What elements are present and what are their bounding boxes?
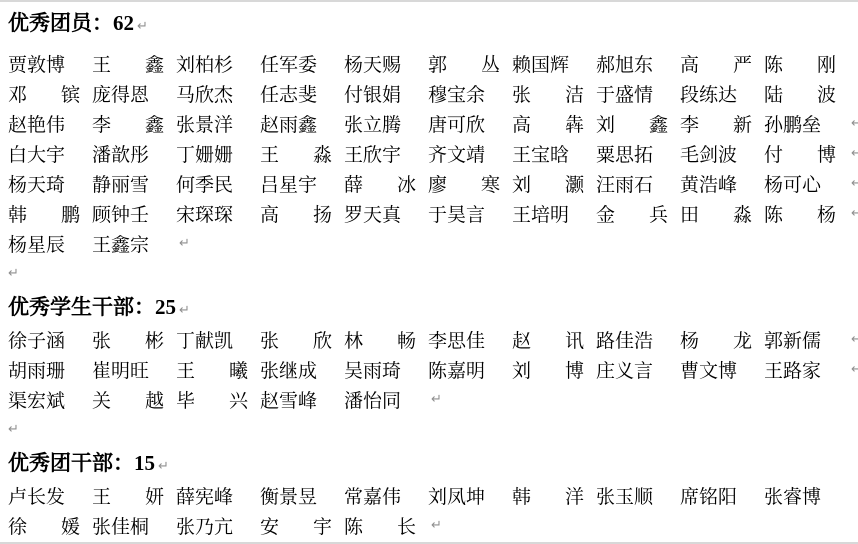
person-name: 顾钟壬 — [92, 200, 164, 227]
person-name: 张玉顺 — [596, 482, 668, 509]
person-name-char: 讯 — [565, 326, 584, 353]
person-name: 韩洋 — [512, 482, 584, 509]
person-name: 渠宏斌 — [8, 386, 80, 413]
person-name: 关越 — [92, 386, 164, 413]
person-name-char: 鹏 — [61, 200, 80, 227]
person-name: 王妍 — [92, 482, 164, 509]
person-name: 刘鑫 — [596, 110, 668, 137]
person-name: 孙鹏垒 — [764, 110, 836, 137]
person-name: 张立腾 — [344, 110, 416, 137]
person-name-char: 冰 — [397, 170, 416, 197]
person-name-char: 兴 — [229, 386, 248, 413]
person-name-char: 鑫 — [145, 110, 164, 137]
section-outstanding-league-cadres: 优秀团干部：15↵ 卢长发王妍薛宪峰衡景昱常嘉伟刘凤坤韩洋张玉顺席铭阳张睿博徐媛… — [8, 444, 850, 540]
person-name-char: 陈 — [764, 50, 783, 77]
person-name: 邓镔 — [8, 80, 80, 107]
paragraph-mark-icon: ↵ — [431, 518, 442, 533]
person-name: 杨星辰 — [8, 230, 80, 257]
person-name-char: 金 — [596, 200, 615, 227]
paragraph-mark-icon: ↵ — [137, 19, 148, 34]
name-row: 白大宇潘歆彤丁姗姗王淼王欣宇齐文靖王宝晗粟思拓毛剑波付博↵ — [8, 138, 850, 168]
person-name-char: 张 — [512, 80, 531, 107]
person-name: 薛冰 — [344, 170, 416, 197]
person-name: 王培明 — [512, 200, 584, 227]
person-name: 张彬 — [92, 326, 164, 353]
person-name-char: 廖 — [428, 170, 447, 197]
name-row: 杨天琦静丽雪何季民吕星宇薛冰廖寒刘灏汪雨石黄浩峰杨可心↵ — [8, 168, 850, 198]
person-name: 宋琛琛 — [176, 200, 248, 227]
section-title-text: 优秀学生干部：25 — [8, 295, 176, 319]
person-name: 金兵 — [596, 200, 668, 227]
person-name-char: 博 — [565, 356, 584, 383]
person-name-char: 高 — [512, 110, 531, 137]
person-name-char: 王 — [92, 50, 111, 77]
person-name: 赖国辉 — [512, 50, 584, 77]
person-name: 杨天赐 — [344, 50, 416, 77]
person-name-char: 张 — [260, 326, 279, 353]
person-name: 曹文博 — [680, 356, 752, 383]
person-name: 贾敦博 — [8, 50, 80, 77]
person-name-char: 新 — [733, 110, 752, 137]
person-name: 张景洋 — [176, 110, 248, 137]
person-name: 杨天琦 — [8, 170, 80, 197]
person-name: 席铭阳 — [680, 482, 752, 509]
paragraph-mark-icon: ↵ — [158, 459, 169, 474]
person-name-char: 长 — [397, 512, 416, 539]
paragraph-mark-icon: ↵ — [851, 176, 858, 191]
person-name-char: 鑫 — [145, 50, 164, 77]
person-name: 崔明旺 — [92, 356, 164, 383]
person-name: 粟思拓 — [596, 140, 668, 167]
person-name: 王曦 — [176, 356, 248, 383]
person-name-char: 妍 — [145, 482, 164, 509]
person-name-char: 邓 — [8, 80, 27, 107]
person-name: 庄义言 — [596, 356, 668, 383]
person-name: 毛剑波 — [680, 140, 752, 167]
person-name-char: 淼 — [733, 200, 752, 227]
person-name-char: 刘 — [512, 170, 531, 197]
person-name: 赵雪峰 — [260, 386, 332, 413]
person-name: 王路家 — [764, 356, 836, 383]
person-name: 罗天真 — [344, 200, 416, 227]
person-name: 何季民 — [176, 170, 248, 197]
person-name-char: 陈 — [764, 200, 783, 227]
person-name: 汪雨石 — [596, 170, 668, 197]
person-name-char: 高 — [680, 50, 699, 77]
paragraph-mark-icon: ↵ — [179, 303, 190, 318]
person-name: 付博 — [764, 140, 836, 167]
person-name: 张乃亢 — [176, 512, 248, 539]
name-row: 胡雨珊崔明旺王曦张继成吴雨琦陈嘉明刘博庄义言曹文博王路家↵ — [8, 354, 850, 384]
name-rows: 徐子涵张彬丁献凯张欣林畅李思佳赵讯路佳浩杨龙郭新儒↵胡雨珊崔明旺王曦张继成吴雨琦… — [8, 324, 850, 414]
person-name-char: 张 — [92, 326, 111, 353]
person-name: 王鑫宗 — [92, 230, 164, 257]
person-name: 静丽雪 — [92, 170, 164, 197]
person-name: 张继成 — [260, 356, 332, 383]
paragraph-mark-icon: ↵ — [851, 206, 858, 221]
person-name-char: 关 — [92, 386, 111, 413]
name-row: 杨星辰王鑫宗↵ — [8, 228, 850, 258]
person-name: 吕星宇 — [260, 170, 332, 197]
section-outstanding-student-cadres: 优秀学生干部：25↵ 徐子涵张彬丁献凯张欣林畅李思佳赵讯路佳浩杨龙郭新儒↵胡雨珊… — [8, 288, 850, 414]
person-name-char: 媛 — [61, 512, 80, 539]
person-name-char: 波 — [817, 80, 836, 107]
person-name: 吴雨琦 — [344, 356, 416, 383]
person-name: 丁献凯 — [176, 326, 248, 353]
person-name-char: 越 — [145, 386, 164, 413]
person-name-char: 丛 — [481, 50, 500, 77]
name-rows: 贾敦博王鑫刘柏杉任军委杨天赐郭丛赖国辉郝旭东高严陈刚邓镔庞得恩马欣杰任志斐付银娟… — [8, 48, 850, 258]
section-title: 优秀学生干部：25↵ — [8, 288, 850, 324]
person-name-char: 龙 — [733, 326, 752, 353]
name-row: 贾敦博王鑫刘柏杉任军委杨天赐郭丛赖国辉郝旭东高严陈刚 — [8, 48, 850, 78]
person-name: 徐媛 — [8, 512, 80, 539]
person-name: 于盛情 — [596, 80, 668, 107]
name-row: 卢长发王妍薛宪峰衡景昱常嘉伟刘凤坤韩洋张玉顺席铭阳张睿博 — [8, 480, 850, 510]
person-name-char: 兵 — [649, 200, 668, 227]
person-name: 路佳浩 — [596, 326, 668, 353]
paragraph-mark-icon: ↵ — [8, 422, 19, 437]
person-name: 郭新儒 — [764, 326, 836, 353]
person-name-char: 王 — [176, 356, 195, 383]
person-name: 穆宝余 — [428, 80, 500, 107]
paragraph-mark-icon: ↵ — [179, 236, 190, 251]
person-name: 张佳桐 — [92, 512, 164, 539]
paragraph-mark-icon: ↵ — [431, 392, 442, 407]
person-name: 于昊言 — [428, 200, 500, 227]
person-name-char: 陆 — [764, 80, 783, 107]
person-name-char: 扬 — [313, 200, 332, 227]
person-name: 林畅 — [344, 326, 416, 353]
person-name-char: 刘 — [512, 356, 531, 383]
person-name: 胡雨珊 — [8, 356, 80, 383]
person-name: 高严 — [680, 50, 752, 77]
person-name: 刘博 — [512, 356, 584, 383]
person-name: 潘歆彤 — [92, 140, 164, 167]
person-name: 刘柏杉 — [176, 50, 248, 77]
person-name: 卢长发 — [8, 482, 80, 509]
person-name-char: 刚 — [817, 50, 836, 77]
person-name-char: 陈 — [344, 512, 363, 539]
person-name: 杨可心 — [764, 170, 836, 197]
person-name-char: 毕 — [176, 386, 195, 413]
person-name: 郝旭东 — [596, 50, 668, 77]
person-name: 任志斐 — [260, 80, 332, 107]
person-name: 张睿博 — [764, 482, 836, 509]
person-name-char: 李 — [680, 110, 699, 137]
person-name: 赵艳伟 — [8, 110, 80, 137]
person-name: 王宝晗 — [512, 140, 584, 167]
person-name: 陈刚 — [764, 50, 836, 77]
person-name-char: 王 — [92, 482, 111, 509]
person-name: 徐子涵 — [8, 326, 80, 353]
name-rows: 卢长发王妍薛宪峰衡景昱常嘉伟刘凤坤韩洋张玉顺席铭阳张睿博徐媛张佳桐张乃亢安宇陈长… — [8, 480, 850, 540]
person-name-char: 镔 — [61, 80, 80, 107]
person-name: 齐文靖 — [428, 140, 500, 167]
person-name-char: 王 — [260, 140, 279, 167]
person-name: 陈长 — [344, 512, 416, 539]
person-name-char: 灏 — [565, 170, 584, 197]
top-edge-line — [0, 0, 858, 2]
name-row: 徐媛张佳桐张乃亢安宇陈长↵ — [8, 510, 850, 540]
paragraph-mark-icon: ↵ — [851, 146, 858, 161]
person-name-char: 鑫 — [649, 110, 668, 137]
person-name: 潘怡同 — [344, 386, 416, 413]
name-row: 徐子涵张彬丁献凯张欣林畅李思佳赵讯路佳浩杨龙郭新儒↵ — [8, 324, 850, 354]
person-name-char: 薛 — [344, 170, 363, 197]
person-name-char: 杨 — [680, 326, 699, 353]
name-row: 韩鹏顾钟壬宋琛琛高扬罗天真于昊言王培明金兵田淼陈杨↵ — [8, 198, 850, 228]
person-name: 衡景昱 — [260, 482, 332, 509]
person-name: 陆波 — [764, 80, 836, 107]
person-name: 李鑫 — [92, 110, 164, 137]
person-name-char: 郭 — [428, 50, 447, 77]
person-name-char: 李 — [92, 110, 111, 137]
paragraph-mark-icon: ↵ — [851, 362, 858, 377]
person-name-char: 洋 — [565, 482, 584, 509]
person-name: 薛宪峰 — [176, 482, 248, 509]
person-name: 赵讯 — [512, 326, 584, 353]
person-name-char: 犇 — [565, 110, 584, 137]
person-name: 刘灏 — [512, 170, 584, 197]
person-name: 王淼 — [260, 140, 332, 167]
blank-line: ↵ — [8, 414, 850, 444]
person-name: 赵雨鑫 — [260, 110, 332, 137]
person-name-char: 韩 — [512, 482, 531, 509]
person-name: 马欣杰 — [176, 80, 248, 107]
person-name: 廖寒 — [428, 170, 500, 197]
person-name: 陈嘉明 — [428, 356, 500, 383]
document-content: 优秀团员：62↵ 贾敦博王鑫刘柏杉任军委杨天赐郭丛赖国辉郝旭东高严陈刚邓镔庞得恩… — [8, 6, 850, 540]
person-name-char: 洁 — [565, 80, 584, 107]
name-row: 渠宏斌关越毕兴赵雪峰潘怡同↵ — [8, 384, 850, 414]
person-name: 白大宇 — [8, 140, 80, 167]
blank-line: ↵ — [8, 258, 850, 288]
person-name-char: 淼 — [313, 140, 332, 167]
person-name-char: 宇 — [313, 512, 332, 539]
person-name: 高扬 — [260, 200, 332, 227]
name-row: 邓镔庞得恩马欣杰任志斐付银娟穆宝余张洁于盛情段练达陆波 — [8, 78, 850, 108]
section-title: 优秀团员：62↵ — [8, 6, 850, 48]
person-name: 丁姗姗 — [176, 140, 248, 167]
person-name-char: 徐 — [8, 512, 27, 539]
person-name: 李思佳 — [428, 326, 500, 353]
person-name: 毕兴 — [176, 386, 248, 413]
person-name-char: 赵 — [512, 326, 531, 353]
section-title-text: 优秀团员：62 — [8, 11, 134, 35]
person-name: 张洁 — [512, 80, 584, 107]
person-name-char: 彬 — [145, 326, 164, 353]
person-name: 黄浩峰 — [680, 170, 752, 197]
person-name: 王欣宇 — [344, 140, 416, 167]
person-name: 庞得恩 — [92, 80, 164, 107]
person-name-char: 高 — [260, 200, 279, 227]
person-name: 唐可欣 — [428, 110, 500, 137]
name-row: 赵艳伟李鑫张景洋赵雨鑫张立腾唐可欣高犇刘鑫李新孙鹏垒↵ — [8, 108, 850, 138]
paragraph-mark-icon: ↵ — [851, 116, 858, 131]
person-name-char: 田 — [680, 200, 699, 227]
person-name: 任军委 — [260, 50, 332, 77]
person-name: 韩鹏 — [8, 200, 80, 227]
paragraph-mark-icon: ↵ — [8, 266, 19, 281]
person-name-char: 曦 — [229, 356, 248, 383]
section-title-text: 优秀团干部：15 — [8, 451, 155, 475]
person-name: 李新 — [680, 110, 752, 137]
person-name: 常嘉伟 — [344, 482, 416, 509]
person-name-char: 韩 — [8, 200, 27, 227]
person-name-char: 寒 — [481, 170, 500, 197]
person-name-char: 严 — [733, 50, 752, 77]
person-name-char: 欣 — [313, 326, 332, 353]
person-name: 安宇 — [260, 512, 332, 539]
person-name: 刘凤坤 — [428, 482, 500, 509]
person-name: 张欣 — [260, 326, 332, 353]
person-name-char: 刘 — [596, 110, 615, 137]
person-name: 高犇 — [512, 110, 584, 137]
person-name: 付银娟 — [344, 80, 416, 107]
person-name: 杨龙 — [680, 326, 752, 353]
paragraph-mark-icon: ↵ — [851, 332, 858, 347]
person-name-char: 博 — [817, 140, 836, 167]
person-name: 郭丛 — [428, 50, 500, 77]
person-name-char: 付 — [764, 140, 783, 167]
person-name: 王鑫 — [92, 50, 164, 77]
person-name-char: 安 — [260, 512, 279, 539]
section-title: 优秀团干部：15↵ — [8, 444, 850, 480]
person-name-char: 畅 — [397, 326, 416, 353]
person-name: 段练达 — [680, 80, 752, 107]
person-name: 陈杨 — [764, 200, 836, 227]
document-page: 优秀团员：62↵ 贾敦博王鑫刘柏杉任军委杨天赐郭丛赖国辉郝旭东高严陈刚邓镔庞得恩… — [0, 0, 858, 544]
person-name: 田淼 — [680, 200, 752, 227]
section-outstanding-league-members: 优秀团员：62↵ 贾敦博王鑫刘柏杉任军委杨天赐郭丛赖国辉郝旭东高严陈刚邓镔庞得恩… — [8, 6, 850, 258]
person-name-char: 杨 — [817, 200, 836, 227]
person-name-char: 林 — [344, 326, 363, 353]
